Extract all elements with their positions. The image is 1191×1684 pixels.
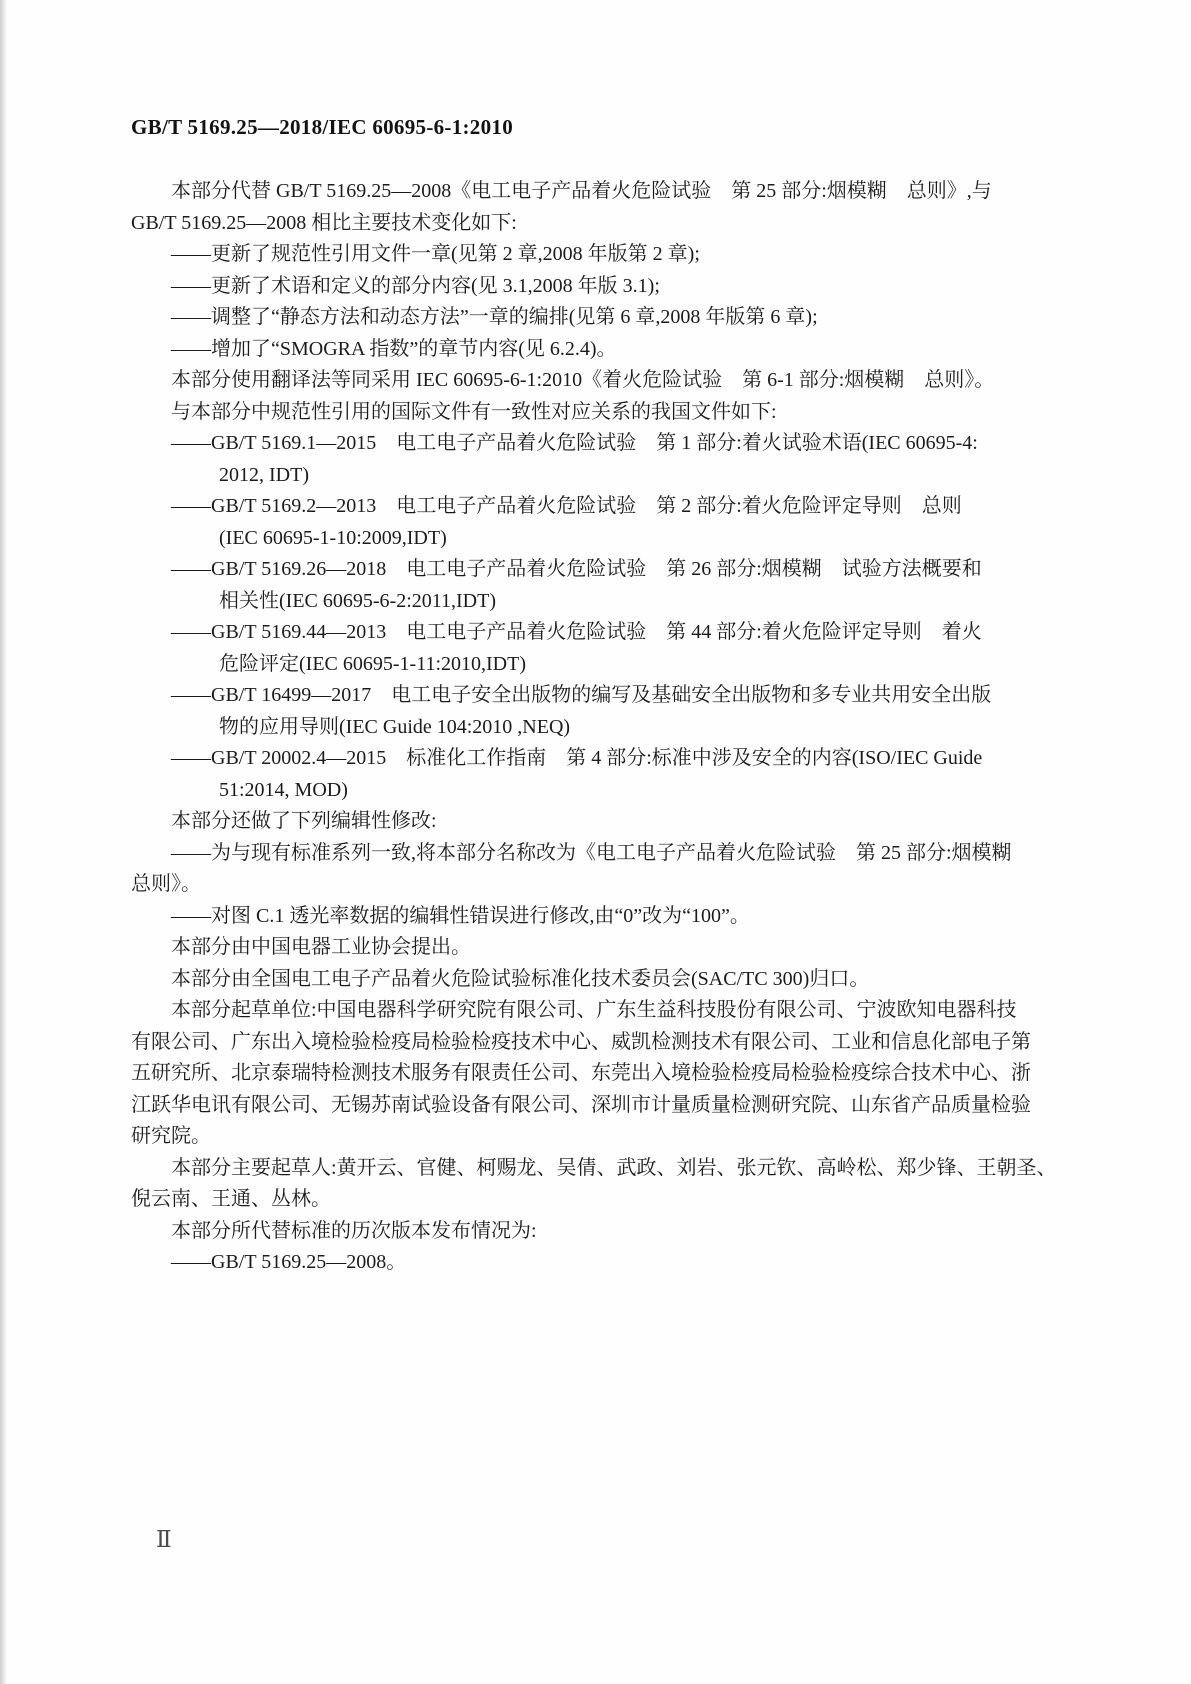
text-line: ——对图 C.1 透光率数据的编辑性错误进行修改,由“0”改为“100”。	[131, 901, 1071, 933]
document-body: 本部分代替 GB/T 5169.25—2008《电工电子产品着火危险试验 第 2…	[131, 176, 1071, 1279]
text-line: 本部分还做了下列编辑性修改:	[131, 806, 1071, 838]
text-line: GB/T 5169.25—2008 相比主要技术变化如下:	[131, 208, 1071, 240]
text-line: ——更新了规范性引用文件一章(见第 2 章,2008 年版第 2 章);	[131, 239, 1071, 271]
text-line: 研究院。	[131, 1121, 1071, 1153]
text-line: ——GB/T 5169.25—2008。	[131, 1247, 1071, 1279]
text-line: 本部分由中国电器工业协会提出。	[131, 932, 1071, 964]
text-line: 物的应用导则(IEC Guide 104:2010 ,NEQ)	[131, 712, 1071, 744]
text-line: 五研究所、北京泰瑞特检测技术服务有限责任公司、东莞出入境检验检疫局检验检疫综合技…	[131, 1058, 1071, 1090]
text-line: 相关性(IEC 60695-6-2:2011,IDT)	[131, 586, 1071, 618]
text-line: 倪云南、王通、丛林。	[131, 1184, 1071, 1216]
text-line: ——GB/T 5169.1—2015 电工电子产品着火危险试验 第 1 部分:着…	[131, 428, 1071, 460]
text-line: 本部分起草单位:中国电器科学研究院有限公司、广东生益科技股份有限公司、宁波欧知电…	[131, 995, 1071, 1027]
document-page: GB/T 5169.25—2018/IEC 60695-6-1:2010 本部分…	[0, 0, 1191, 1684]
text-line: ——GB/T 5169.44—2013 电工电子产品着火危险试验 第 44 部分…	[131, 617, 1071, 649]
scan-edge-shadow	[0, 0, 7, 1684]
text-line: (IEC 60695-1-10:2009,IDT)	[131, 523, 1071, 555]
text-line: ——GB/T 5169.2—2013 电工电子产品着火危险试验 第 2 部分:着…	[131, 491, 1071, 523]
text-line: 51:2014, MOD)	[131, 775, 1071, 807]
text-line: 总则》。	[131, 869, 1071, 901]
text-line: 2012, IDT)	[131, 460, 1071, 492]
text-line: 本部分代替 GB/T 5169.25—2008《电工电子产品着火危险试验 第 2…	[131, 176, 1071, 208]
page-number: Ⅱ	[156, 1527, 172, 1553]
text-line: ——调整了“静态方法和动态方法”一章的编排(见第 6 章,2008 年版第 6 …	[131, 302, 1071, 334]
doc-header: GB/T 5169.25—2018/IEC 60695-6-1:2010	[131, 115, 513, 140]
text-line: 本部分由全国电工电子产品着火危险试验标准化技术委员会(SAC/TC 300)归口…	[131, 964, 1071, 996]
text-line: 本部分使用翻译法等同采用 IEC 60695-6-1:2010《着火危险试验 第…	[131, 365, 1071, 397]
text-line: 本部分主要起草人:黄开云、官健、柯赐龙、吴倩、武政、刘岩、张元钦、高岭松、郑少锋…	[131, 1153, 1071, 1185]
text-line: ——更新了术语和定义的部分内容(见 3.1,2008 年版 3.1);	[131, 271, 1071, 303]
text-line: ——GB/T 20002.4—2015 标准化工作指南 第 4 部分:标准中涉及…	[131, 743, 1071, 775]
text-line: 有限公司、广东出入境检验检疫局检验检疫技术中心、威凯检测技术有限公司、工业和信息…	[131, 1027, 1071, 1059]
text-line: 江跃华电讯有限公司、无锡苏南试验设备有限公司、深圳市计量质量检测研究院、山东省产…	[131, 1090, 1071, 1122]
text-line: 与本部分中规范性引用的国际文件有一致性对应关系的我国文件如下:	[131, 397, 1071, 429]
text-line: ——GB/T 5169.26—2018 电工电子产品着火危险试验 第 26 部分…	[131, 554, 1071, 586]
text-line: ——增加了“SMOGRA 指数”的章节内容(见 6.2.4)。	[131, 334, 1071, 366]
text-line: ——为与现有标准系列一致,将本部分名称改为《电工电子产品着火危险试验 第 25 …	[131, 838, 1071, 870]
text-line: 本部分所代替标准的历次版本发布情况为:	[131, 1216, 1071, 1248]
text-line: 危险评定(IEC 60695-1-11:2010,IDT)	[131, 649, 1071, 681]
text-line: ——GB/T 16499—2017 电工电子安全出版物的编写及基础安全出版物和多…	[131, 680, 1071, 712]
